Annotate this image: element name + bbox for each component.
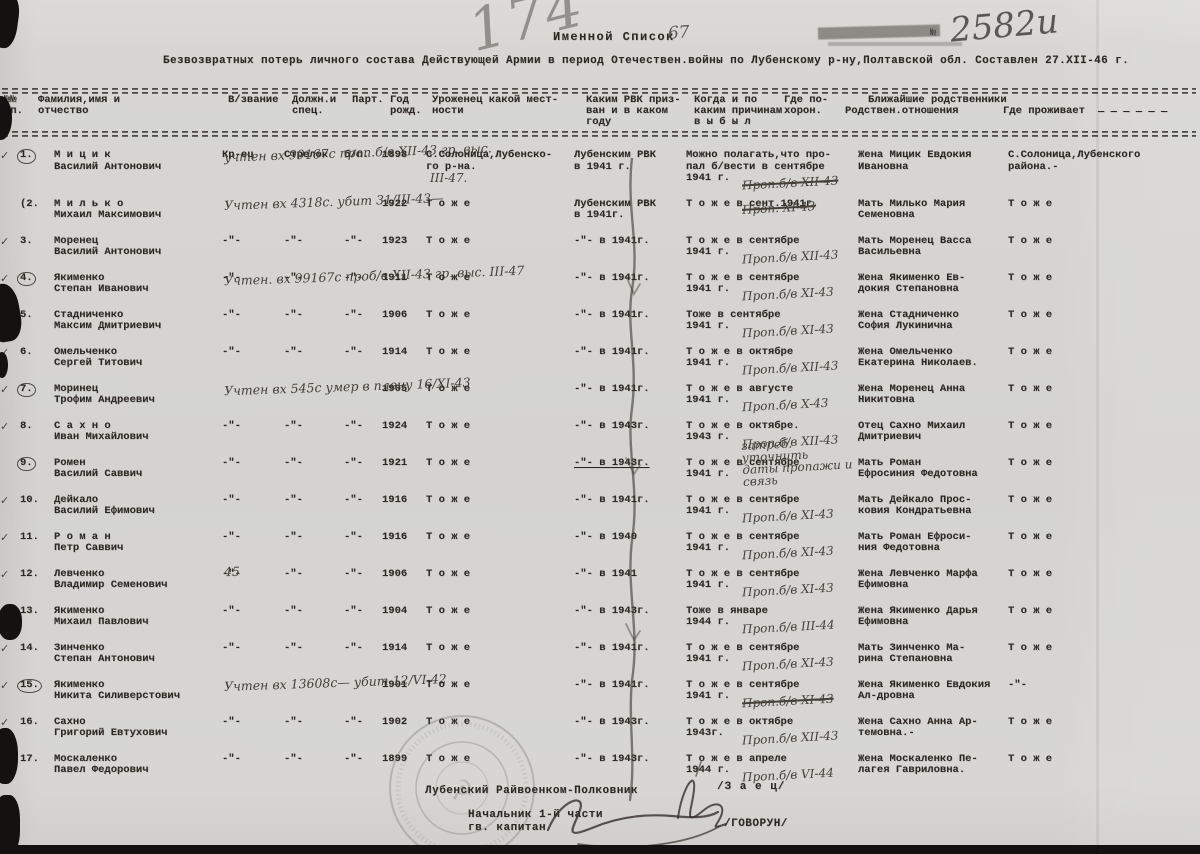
birthplace-text: Т о ж е [426,198,470,210]
rank-cell: -"- [222,458,284,470]
birthplace-cell: Т о ж е [426,569,574,581]
row-number: 11. [20,532,39,544]
handwritten-registration-number: 2582и [948,1,1060,50]
birthplace-text: Т о ж е [426,605,470,617]
birthplace-cell: Т о ж е [426,384,574,396]
row-number-cell: 10. [20,495,54,507]
row-number-cell: 15. [20,680,54,694]
name-cell: Якименко Никита СиливерстовичУчтен вх 13… [54,680,222,703]
relatives-cell: Мать Зинченко Ма- рина Степановна [858,643,1008,666]
fate-cell: Можно полагать,что про- пал б/вести в се… [686,150,858,185]
rank-cell: -"- [222,421,284,433]
table-header: №№ пп. Фамилия,имя и отчество В/звание Д… [0,95,1200,131]
table-row: ✓ 8. С а х н о Иван Михайлович -"- -"- -… [0,421,1200,444]
duty-cell: -"- [284,606,344,618]
name-cell: Омельченко Сергей Титович [54,347,222,370]
duty-cell: -"- [284,754,344,766]
name-cell: М и ц и к Василий Антоновичучтен вх 9916… [54,150,222,173]
row-number: 12. [20,569,39,581]
name-cell: М и л ь к о Михаил МаксимовичУчтен вх 43… [54,199,222,222]
fate-handwritten: Проп.б/в XI-43 [742,544,834,561]
birth-year-cell: 1916 [382,532,426,544]
col-header-rvk: Каким РВК приз- ван и в каком году [586,95,681,129]
stamp-number-sign: № [930,28,936,39]
birthplace-cell: Т о ж е [426,421,574,433]
row-checkmark-icon: ✓ [0,569,20,581]
soldier-name: Стадниченко Максим Дмитриевич [54,309,161,333]
row-number-cell: 3. [20,236,54,248]
residence-cell: Т о ж е [1008,569,1200,581]
table-body: ✓ 1. М и ц и к Василий Антоновичучтен вх… [0,150,1200,791]
rank-cell: -"- [222,310,284,322]
table-row: ✓ 3. Моренец Василий Антонович -"- -"- -… [0,236,1200,259]
birthplace-text: Т о ж е [426,272,470,284]
relatives-cell: Жена Омельченко Екатерина Николаев. [858,347,1008,370]
residence-cell: Т о ж е [1008,606,1200,618]
birthplace-cell: Т о ж е [426,495,574,507]
row-number-cell: 7. [20,384,54,398]
birth-year-cell: 1916 [382,495,426,507]
col-header-relation: Родствен.отношения [845,106,958,117]
fate-handwritten: Проп.б/в XI-43 [742,692,834,709]
duty-cell: -"- [284,717,344,729]
fate-cell: Т о ж е в сентябре 1941 г.Проп.б/в XI-43 [686,495,858,518]
row-number-cell: (2. [20,199,54,211]
table-row: 9. Ромен Василий Саввич -"- -"- -"- 1921… [0,458,1200,481]
birth-year-cell: 1914 [382,643,426,655]
soldier-name: Дейкало Василий Ефимович [54,494,155,518]
party-cell: -"- [344,532,382,544]
row-number-cell: 14. [20,643,54,655]
row-number-cell: 17. [20,754,54,766]
row-number: 16. [20,717,39,729]
table-row: ✓ 1. М и ц и к Василий Антоновичучтен вх… [0,150,1200,185]
residence-cell: Т о ж е [1008,458,1200,470]
birthplace-cell: Т о ж е [426,273,574,285]
duty-cell: -"- [284,310,344,322]
fate-cell: Т о ж е в сентябре 1941 г.Проп.б/в XI-43 [686,643,858,666]
duty-cell: -"- [284,347,344,359]
birthplace-text: Т о ж е [426,642,470,654]
party-cell: -"- [344,495,382,507]
fate-cell: Тоже в сентябре 1941 г.Проп.б/в XI-43 [686,310,858,333]
relatives-cell: Жена Якименко Евдокия Ал-дровна [858,680,1008,703]
signature-zaets [678,781,726,827]
row-number-cell: 9. [20,458,54,472]
duty-cell: -"- [284,532,344,544]
row-number: 1. [17,149,36,164]
residence-cell: Т о ж е [1008,643,1200,655]
scan-bottom-band [0,845,1200,854]
birthplace-text: Т о ж е [426,420,470,432]
row-number-cell: 11. [20,532,54,544]
relatives-cell: Мать Дейкало Прос- ковия Кондратьевна [858,495,1008,518]
row-number: (2. [20,199,39,211]
fate-cell: Т о ж е в сентябре 1941 г.Проп.б/в XI-43 [686,680,858,703]
soldier-name: Моринец Трофим Андреевич [54,383,155,407]
table-row: ✓ 16. Сахно Григорий Евтухович -"- -"- -… [0,717,1200,740]
row-checkmark-icon: ✓ [0,421,20,433]
separator-line-bottom [2,131,1196,137]
relatives-cell: Отец Сахно Михаил Дмитриевич [858,421,1008,444]
relatives-cell: Жена Сахно Анна Ар- темовна.- [858,717,1008,740]
rank-cell: -"- [222,643,284,655]
signature-govorun [548,800,718,832]
relatives-cell: Жена Якименко Дарья Ефимовна [858,606,1008,629]
fate-cell: Т о ж е в сентябре 1941 г.Проп.б/в XI-43 [686,569,858,592]
row-number: 3. [20,236,33,248]
party-cell: -"- [344,569,382,581]
registration-stamp-underline [828,42,962,46]
handwritten-signatures [520,758,1040,854]
col-header-birth-year: Год рожд. [390,95,422,117]
birthplace-cell: Т о ж е [426,606,574,618]
fate-cell: Тоже в январе 1944 г.Проп.б/в III-44 [686,606,858,629]
row-number-cell: 6. [20,347,54,359]
residence-cell: Т о ж е [1008,273,1200,285]
party-cell: -"- [344,606,382,618]
residence-cell: Т о ж е [1008,532,1200,544]
page-title: Именной Список [553,30,675,44]
duty-cell: -"- [284,236,344,248]
soldier-name: Зинченко Степан Антонович [54,642,155,666]
birthplace-text: Т о ж е [426,346,470,358]
row-number-cell: 4. [20,273,54,287]
birth-year-cell: 1923 [382,236,426,248]
birthplace-text: С.Солоница,Лубенско- го р-на. [426,149,552,173]
rank-cell: -"- [222,495,284,507]
birthplace-cell: Т о ж е [426,532,574,544]
pen-stroke [606,158,666,802]
name-cell: Сахно Григорий Евтухович [54,717,222,740]
birthplace-cell: Т о ж е [426,458,574,470]
fate-cell: Т о ж е в октябре 1943г.Проп.б/в XII-43 [686,717,858,740]
birth-year-cell: 1906 [382,310,426,322]
row-number: 14. [20,643,39,655]
relatives-cell: Мать Роман Ефроси- ния Федотовна [858,532,1008,555]
col-header-birthplace: Уроженец какой мест- ности [432,95,558,117]
duty-cell: -"- [284,643,344,655]
birthplace-text: Т о ж е [426,383,470,395]
birthplace-text: Т о ж е [426,457,470,469]
fate-cell: Т о ж е в сентябре 1941 г.Проп.б/в XII-4… [686,236,858,259]
relatives-cell: Мать Роман Ефросиния Федотовна [858,458,1008,481]
rank-cell: -"- [222,717,284,729]
duty-cell: -"- [284,421,344,433]
birthplace-cell: Т о ж е [426,236,574,248]
birthplace-text: Т о ж е [426,531,470,543]
table-row: ✓ 11. Р о м а н Петр Саввич -"- -"- -"- … [0,532,1200,555]
birthplace-cell: Т о ж е [426,199,574,211]
relatives-cell: Жена Левченко Марфа Ефимовна [858,569,1008,592]
soldier-name: Якименко Никита Силиверстович [54,679,180,703]
soldier-name: Левченко Владимир Семенович [54,568,167,592]
soldier-name: Ромен Василий Саввич [54,457,142,481]
residence-cell: Т о ж е [1008,347,1200,359]
row-number: 4. [17,272,36,287]
name-cell: Дейкало Василий Ефимович [54,495,222,518]
birthplace-handwritten: III-47. [430,172,467,184]
birth-year-cell: 1924 [382,421,426,433]
birthplace-cell: Т о ж е [426,643,574,655]
fate-handwritten: Проп.б/в X-43 [742,396,829,413]
table-row: ✓ 7. Моринец Трофим АндреевичУчтен вх 54… [0,384,1200,407]
fate-cell: Т о ж е в сентябре 1941 г.Проп.б/в XI-43 [686,532,858,555]
row-checkmark-icon: ✓ [0,532,20,544]
soldier-name: М и л ь к о Михаил Максимович [54,198,161,222]
birthplace-cell: С.Солоница,Лубенско- го р-на.III-47. [426,150,574,173]
row-checkmark-icon: ✓ [0,643,20,655]
table-row: ✓ 13. Якименко Михаил Павлович -"- -"- -… [0,606,1200,629]
row-checkmark-icon: ✓ [0,717,20,729]
birth-year-cell: 1921 [382,458,426,470]
fate-cell: Т о ж е в сентябре 1941 г.затреб. уточни… [686,458,858,481]
table-row: ✓ 15. Якименко Никита СиливерстовичУчтен… [0,680,1200,703]
soldier-name: М и ц и к Василий Антонович [54,149,161,173]
fate-cell: Т о ж е в сентябре 1941 г.Проп.б/в XI-43 [686,273,858,296]
row-number-cell: 5. [20,310,54,322]
residence-cell: Т о ж е [1008,495,1200,507]
duty-cell: -"- [284,569,344,581]
handwritten-note: 45 [224,564,240,578]
residence-cell: Т о ж е [1008,384,1200,396]
fate-handwritten: Проп.б/в XI-43 [742,507,834,524]
fate-handwritten: Проп.б/в XI-43 [742,655,834,672]
row-number: 8. [20,421,33,433]
birth-year-cell: 1914 [382,347,426,359]
fate-handwritten: затреб. уточнить даты пропажи и связь [741,433,859,487]
residence-cell: Т о ж е [1008,310,1200,322]
name-cell: Моренец Василий Антонович [54,236,222,259]
row-number: 7. [17,383,36,398]
row-number-cell: 8. [20,421,54,433]
col-header-duty: Должн.и спец. [292,95,336,117]
table-row: ✓ 4. Якименко Степан ИвановичУчтен. вх 9… [0,273,1200,296]
name-cell: Москаленко Павел Федорович [54,754,222,777]
scan-artifact [0,0,22,50]
col-header-buried: Где по- хорон. [784,95,828,117]
row-number: 10. [20,495,39,507]
document-page: 174 Именной Список 67 № 2582и Безвозврат… [0,0,1200,854]
duty-cell: -"- [284,495,344,507]
row-number-cell: 13. [20,606,54,618]
party-cell: -"- [344,458,382,470]
fate-cell: Т о ж е в сент.1941г.Проп. XI-43 [686,199,858,211]
registration-stamp [818,24,940,39]
rank-cell: -"- [222,606,284,618]
fate-handwritten: Проп.б/в XII-43 [742,729,839,746]
col-header-rank: В/звание [228,95,278,106]
fate-cell: Т о ж е в августе 1941 г.Проп.б/в X-43 [686,384,858,407]
fate-handwritten: Проп.б/в III-44 [742,618,835,635]
rank-cell: -"- [222,754,284,766]
relatives-cell: Жена Моренец Анна Никитовна [858,384,1008,407]
rank-cell: -"- [222,236,284,248]
duty-cell: -"- [284,458,344,470]
fate-handwritten: Проп. XI-43 [742,200,816,216]
soldier-name: Омельченко Сергей Титович [54,346,142,370]
party-cell: -"- [344,310,382,322]
birthplace-text: Т о ж е [426,309,470,321]
fate-handwritten: Проп.б/в XI-43 [742,285,834,302]
rank-cell: -"- [222,347,284,359]
birthplace-cell: Т о ж е [426,310,574,322]
paper-crease [1096,0,1099,854]
residence-cell: Т о ж е [1008,236,1200,248]
relatives-cell: Жена Мицик Евдокия Ивановна [858,150,1008,173]
residence-cell: Т о ж е [1008,421,1200,433]
table-row: ✓ 10. Дейкало Василий Ефимович -"- -"- -… [0,495,1200,518]
birthplace-text: Т о ж е [426,568,470,580]
relatives-cell: Мать Милько Мария Семеновна [858,199,1008,222]
relatives-cell: Жена Стадниченко София Лукинична [858,310,1008,333]
row-number: 9. [17,457,36,472]
col-header-party: Парт. [352,95,384,106]
party-cell: -"- [344,236,382,248]
rank-cell: -"- [222,532,284,544]
residence-cell: С.Солоница,Лубенского района.- [1008,150,1200,173]
table-row: ✓ 5. Стадниченко Максим Дмитриевич -"- -… [0,310,1200,333]
row-checkmark-icon: ✓ [0,495,20,507]
fate-handwritten: Проп.б/в XI-43 [742,322,834,339]
row-number-cell: 16. [20,717,54,729]
table-row: ✓ 6. Омельченко Сергей Титович -"- -"- -… [0,347,1200,370]
name-cell: Р о м а н Петр Саввич [54,532,222,555]
col-header-residence-dashes: — — — — — — [1098,107,1167,118]
row-number: 5. [20,310,33,322]
table-row: ✓ 14. Зинченко Степан Антонович -"- -"- … [0,643,1200,666]
party-cell: -"- [344,643,382,655]
soldier-name: Москаленко Павел Федорович [54,753,149,777]
relatives-cell: Жена Якименко Ев- докия Степановна [858,273,1008,296]
soldier-name: Якименко Степан Иванович [54,272,149,296]
party-cell: -"- [344,421,382,433]
fate-handwritten: Проп.б/в XII-43 [742,174,839,191]
fate-handwritten: Проп.б/в XI-43 [742,581,834,598]
birth-year-cell: 1904 [382,606,426,618]
name-cell: Зинченко Степан Антонович [54,643,222,666]
soldier-name: Якименко Михаил Павлович [54,605,149,629]
soldier-name: Моренец Василий Антонович [54,235,161,259]
fate-handwritten: Проп.б/в XII-43 [742,359,839,376]
name-cell: Якименко Михаил Павлович [54,606,222,629]
birthplace-text: Т о ж е [426,679,470,691]
scan-artifact [0,604,22,640]
row-number: 17. [20,754,39,766]
party-cell: -"- [344,347,382,359]
birthplace-cell: Т о ж е [426,680,574,692]
row-number: 13. [20,606,39,618]
row-number-cell: 12. [20,569,54,581]
soldier-name: С а х н о Иван Михайлович [54,420,149,444]
relatives-cell: Мать Моренец Васса Васильевна [858,236,1008,259]
birth-year-cell: 1906 [382,569,426,581]
soldier-name: Сахно Григорий Евтухович [54,716,167,740]
residence-cell: Т о ж е [1008,199,1200,211]
residence-cell: Т о ж е [1008,717,1200,729]
birthplace-cell: Т о ж е [426,347,574,359]
row-number: 15. [17,679,42,694]
row-number: 6. [20,347,33,359]
col-header-residence: Где проживает [1003,106,1085,117]
residence-cell: -"- [1008,680,1200,692]
col-header-name: Фамилия,имя и отчество [38,95,120,117]
name-cell: Ромен Василий Саввич [54,458,222,481]
document-subtitle: Безвозвратных потерь личного состава Дей… [163,55,1129,67]
birthplace-text: Т о ж е [426,494,470,506]
name-cell: Моринец Трофим АндреевичУчтен вх 545с ум… [54,384,222,407]
birthplace-text: Т о ж е [426,235,470,247]
handwritten-title-number: 67 [667,22,690,43]
table-row: ✓ 12. Левченко Владимир Семенович45 -"- … [0,569,1200,592]
name-cell: Якименко Степан ИвановичУчтен. вх 99167с… [54,273,222,296]
row-checkmark-icon: ✓ [0,236,20,248]
name-cell: Левченко Владимир Семенович45 [54,569,222,592]
name-cell: С а х н о Иван Михайлович [54,421,222,444]
fate-handwritten: Проп.б/в XII-43 [742,248,839,265]
soldier-name: Р о м а н Петр Саввич [54,531,123,555]
row-number-cell: 1. [20,150,54,164]
table-row: (2. М и л ь к о Михаил МаксимовичУчтен в… [0,199,1200,222]
fate-cell: Т о ж е в октябре 1941 г.Проп.б/в XII-43 [686,347,858,370]
name-cell: Стадниченко Максим Дмитриевич [54,310,222,333]
col-header-fate: Когда и по каким причинам в ы б ы л [694,95,782,129]
